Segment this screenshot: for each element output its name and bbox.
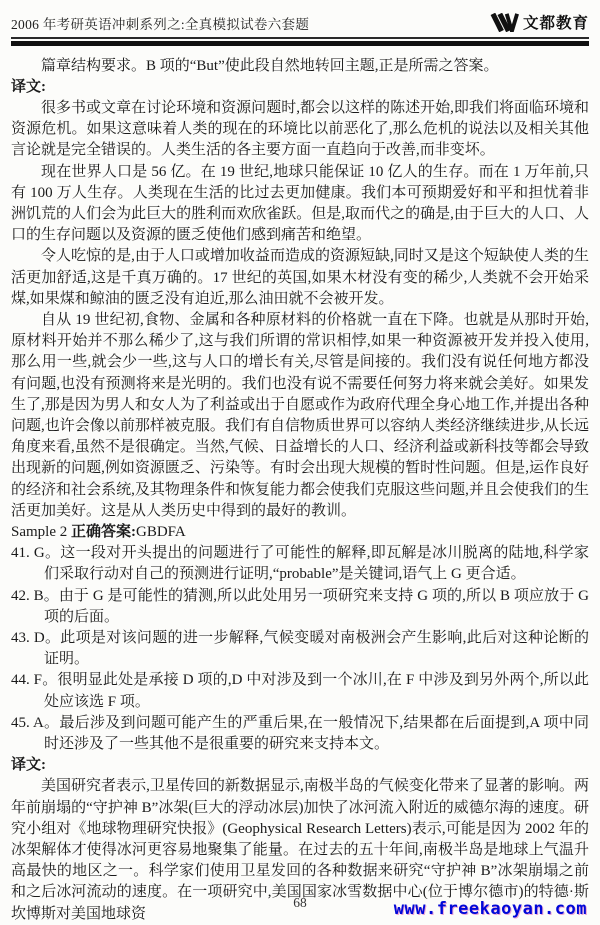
wendu-w-mark-icon: [490, 13, 520, 32]
item-number: 43. D。: [11, 630, 60, 646]
sample-prefix: Sample 2: [11, 524, 71, 540]
answer-item-41: 41. G。这一段对开头提出的问题进行了可能性的解释,即瓦解是冰川脱离的陆地,科…: [11, 543, 589, 585]
brand-name: 文都教育: [523, 11, 589, 33]
item-text: 由于 G 是可能性的猜测,所以此处用另一项研究来支持 G 项的,所以 B 项应放…: [44, 588, 589, 625]
answer-item-42: 42. B。由于 G 是可能性的猜测,所以此处用另一项研究来支持 G 项的,所以…: [11, 586, 589, 628]
translation-paragraph: 现在世界人口是 56 亿。在 19 世纪,地球只能保证 10 亿人的生存。而在 …: [11, 162, 589, 247]
item-number: 45. A。: [11, 715, 59, 731]
website-url-link[interactable]: www.freekaoyan.com: [394, 899, 587, 919]
answer-value: GBDFA: [136, 524, 186, 540]
item-text: 这一段对开头提出的问题进行了可能性的解释,即瓦解是冰川脱离的陆地,科学家们采取行…: [44, 545, 589, 582]
brand-logo: 文都教育: [490, 11, 589, 33]
item-number: 41. G。: [11, 545, 60, 561]
scanned-document-page: 2006 年考研英语冲刺系列之:全真模拟试卷六套题 文都教育 篇章结构要求。B …: [0, 0, 600, 925]
translation-label: 译文:: [11, 77, 589, 98]
page-header: 2006 年考研英语冲刺系列之:全真模拟试卷六套题 文都教育: [11, 0, 589, 33]
item-number: 44. F。: [11, 672, 57, 688]
sample-answer-line: Sample 2 正确答案:GBDFA: [11, 522, 589, 543]
header-rule-thick: [11, 41, 589, 46]
translation-label: 译文:: [11, 755, 589, 776]
book-title: 2006 年考研英语冲刺系列之:全真模拟试卷六套题: [11, 13, 309, 33]
answer-item-43: 43. D。此项是对该问题的进一步解释,气候变暖对南极洲会产生影响,此后对这种论…: [11, 628, 589, 670]
header-rule-thin: [11, 37, 589, 39]
item-text: 很明显此处是承接 D 项的,D 中对涉及到一个冰川,在 F 中涉及到另外两个,所…: [44, 672, 589, 709]
translation-paragraph: 自从 19 世纪初,食物、金属和各种原材料的价格就一直在下降。也就是从那时开始,…: [11, 310, 589, 522]
item-text: 最后涉及到问题可能产生的严重后果,在一般情况下,结果都在后面提到,A 项中同时还…: [44, 715, 589, 752]
answer-item-44: 44. F。很明显此处是承接 D 项的,D 中对涉及到一个冰川,在 F 中涉及到…: [11, 670, 589, 712]
translation-paragraph: 很多书或文章在讨论环境和资源问题时,都会以这样的陈述开始,即我们将面临环境和资源…: [11, 98, 589, 162]
translation-paragraph: 令人吃惊的是,由于人口或增加收益而造成的资源短缺,同时又是这个短缺使人类的生活更…: [11, 246, 589, 310]
intro-paragraph: 篇章结构要求。B 项的“But”使此段自然地转回主题,正是所需之答案。: [11, 56, 589, 77]
answer-label: 正确答案:: [71, 524, 136, 540]
answer-item-45: 45. A。最后涉及到问题可能产生的严重后果,在一般情况下,结果都在后面提到,A…: [11, 713, 589, 755]
item-number: 42. B。: [11, 588, 59, 604]
item-text: 此项是对该问题的进一步解释,气候变暖对南极洲会产生影响,此后对这种论断的证明。: [44, 630, 589, 667]
document-body: 篇章结构要求。B 项的“But”使此段自然地转回主题,正是所需之答案。 译文: …: [11, 56, 589, 925]
